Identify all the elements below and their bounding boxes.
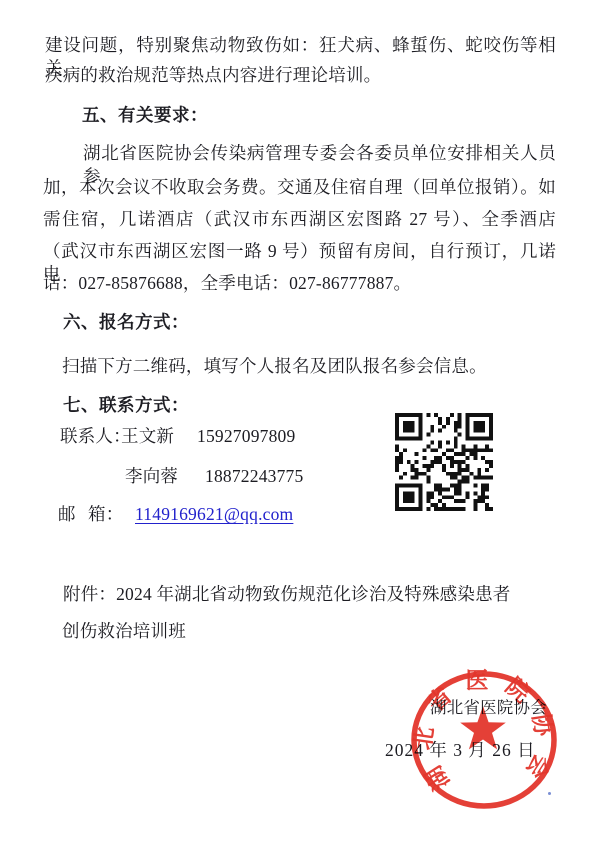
section-heading-6: 六、报名方式： xyxy=(63,311,189,334)
seal-ring-text-holder: 湖北省医院协会 xyxy=(410,668,558,795)
section-heading-7: 七、联系方式： xyxy=(63,394,189,417)
signature-organization: 湖北省医院协会 xyxy=(430,696,547,719)
section-heading-5: 五、有关要求： xyxy=(82,104,208,127)
registration-qr-code xyxy=(395,413,493,513)
contact-person1-name: 王文新 xyxy=(121,425,174,448)
contact-person2-name: 李向蓉 xyxy=(125,465,178,488)
contact-person1-phone: 15927097809 xyxy=(197,425,295,448)
email-link[interactable]: 1149169621@qq.com xyxy=(135,503,293,526)
body-paragraph2-line3: 需住宿，几诺酒店（武汉市东西湖区宏图路 27 号）、全季酒店 xyxy=(43,208,556,231)
body-paragraph3-line1: 扫描下方二维码，填写个人报名及团队报名参会信息。 xyxy=(62,355,487,378)
body-paragraph2-line5: 话：027-85876688，全季电话：027-86777887。 xyxy=(43,272,411,295)
scan-artifact-dot xyxy=(548,792,551,795)
document-page: 建设问题，特别聚焦动物致伤如：狂犬病、蜂蜇伤、蛇咬伤等相关 疾病的救治规范等热点… xyxy=(0,0,604,843)
email-label-part2: 箱： xyxy=(88,503,123,526)
attachment-line-1: 附件：2024 年湖北省动物致伤规范化诊治及特殊感染患者 xyxy=(63,583,510,606)
contact-person2-phone: 18872243775 xyxy=(205,465,303,488)
qr-code-image xyxy=(395,413,493,513)
attachment-line-2: 创伤救治培训班 xyxy=(62,620,186,643)
signature-date: 2024 年 3 月 26 日 xyxy=(385,739,536,762)
email-label-part1: 邮 xyxy=(58,503,76,526)
seal-ring-text: 湖北省医院协会 xyxy=(410,668,558,795)
body-paragraph1-line2: 疾病的救治规范等热点内容进行理论培训。 xyxy=(45,64,381,87)
body-paragraph2-line2: 加，本次会议不收取会务费。交通及住宿自理（回单位报销）。如 xyxy=(43,176,556,199)
